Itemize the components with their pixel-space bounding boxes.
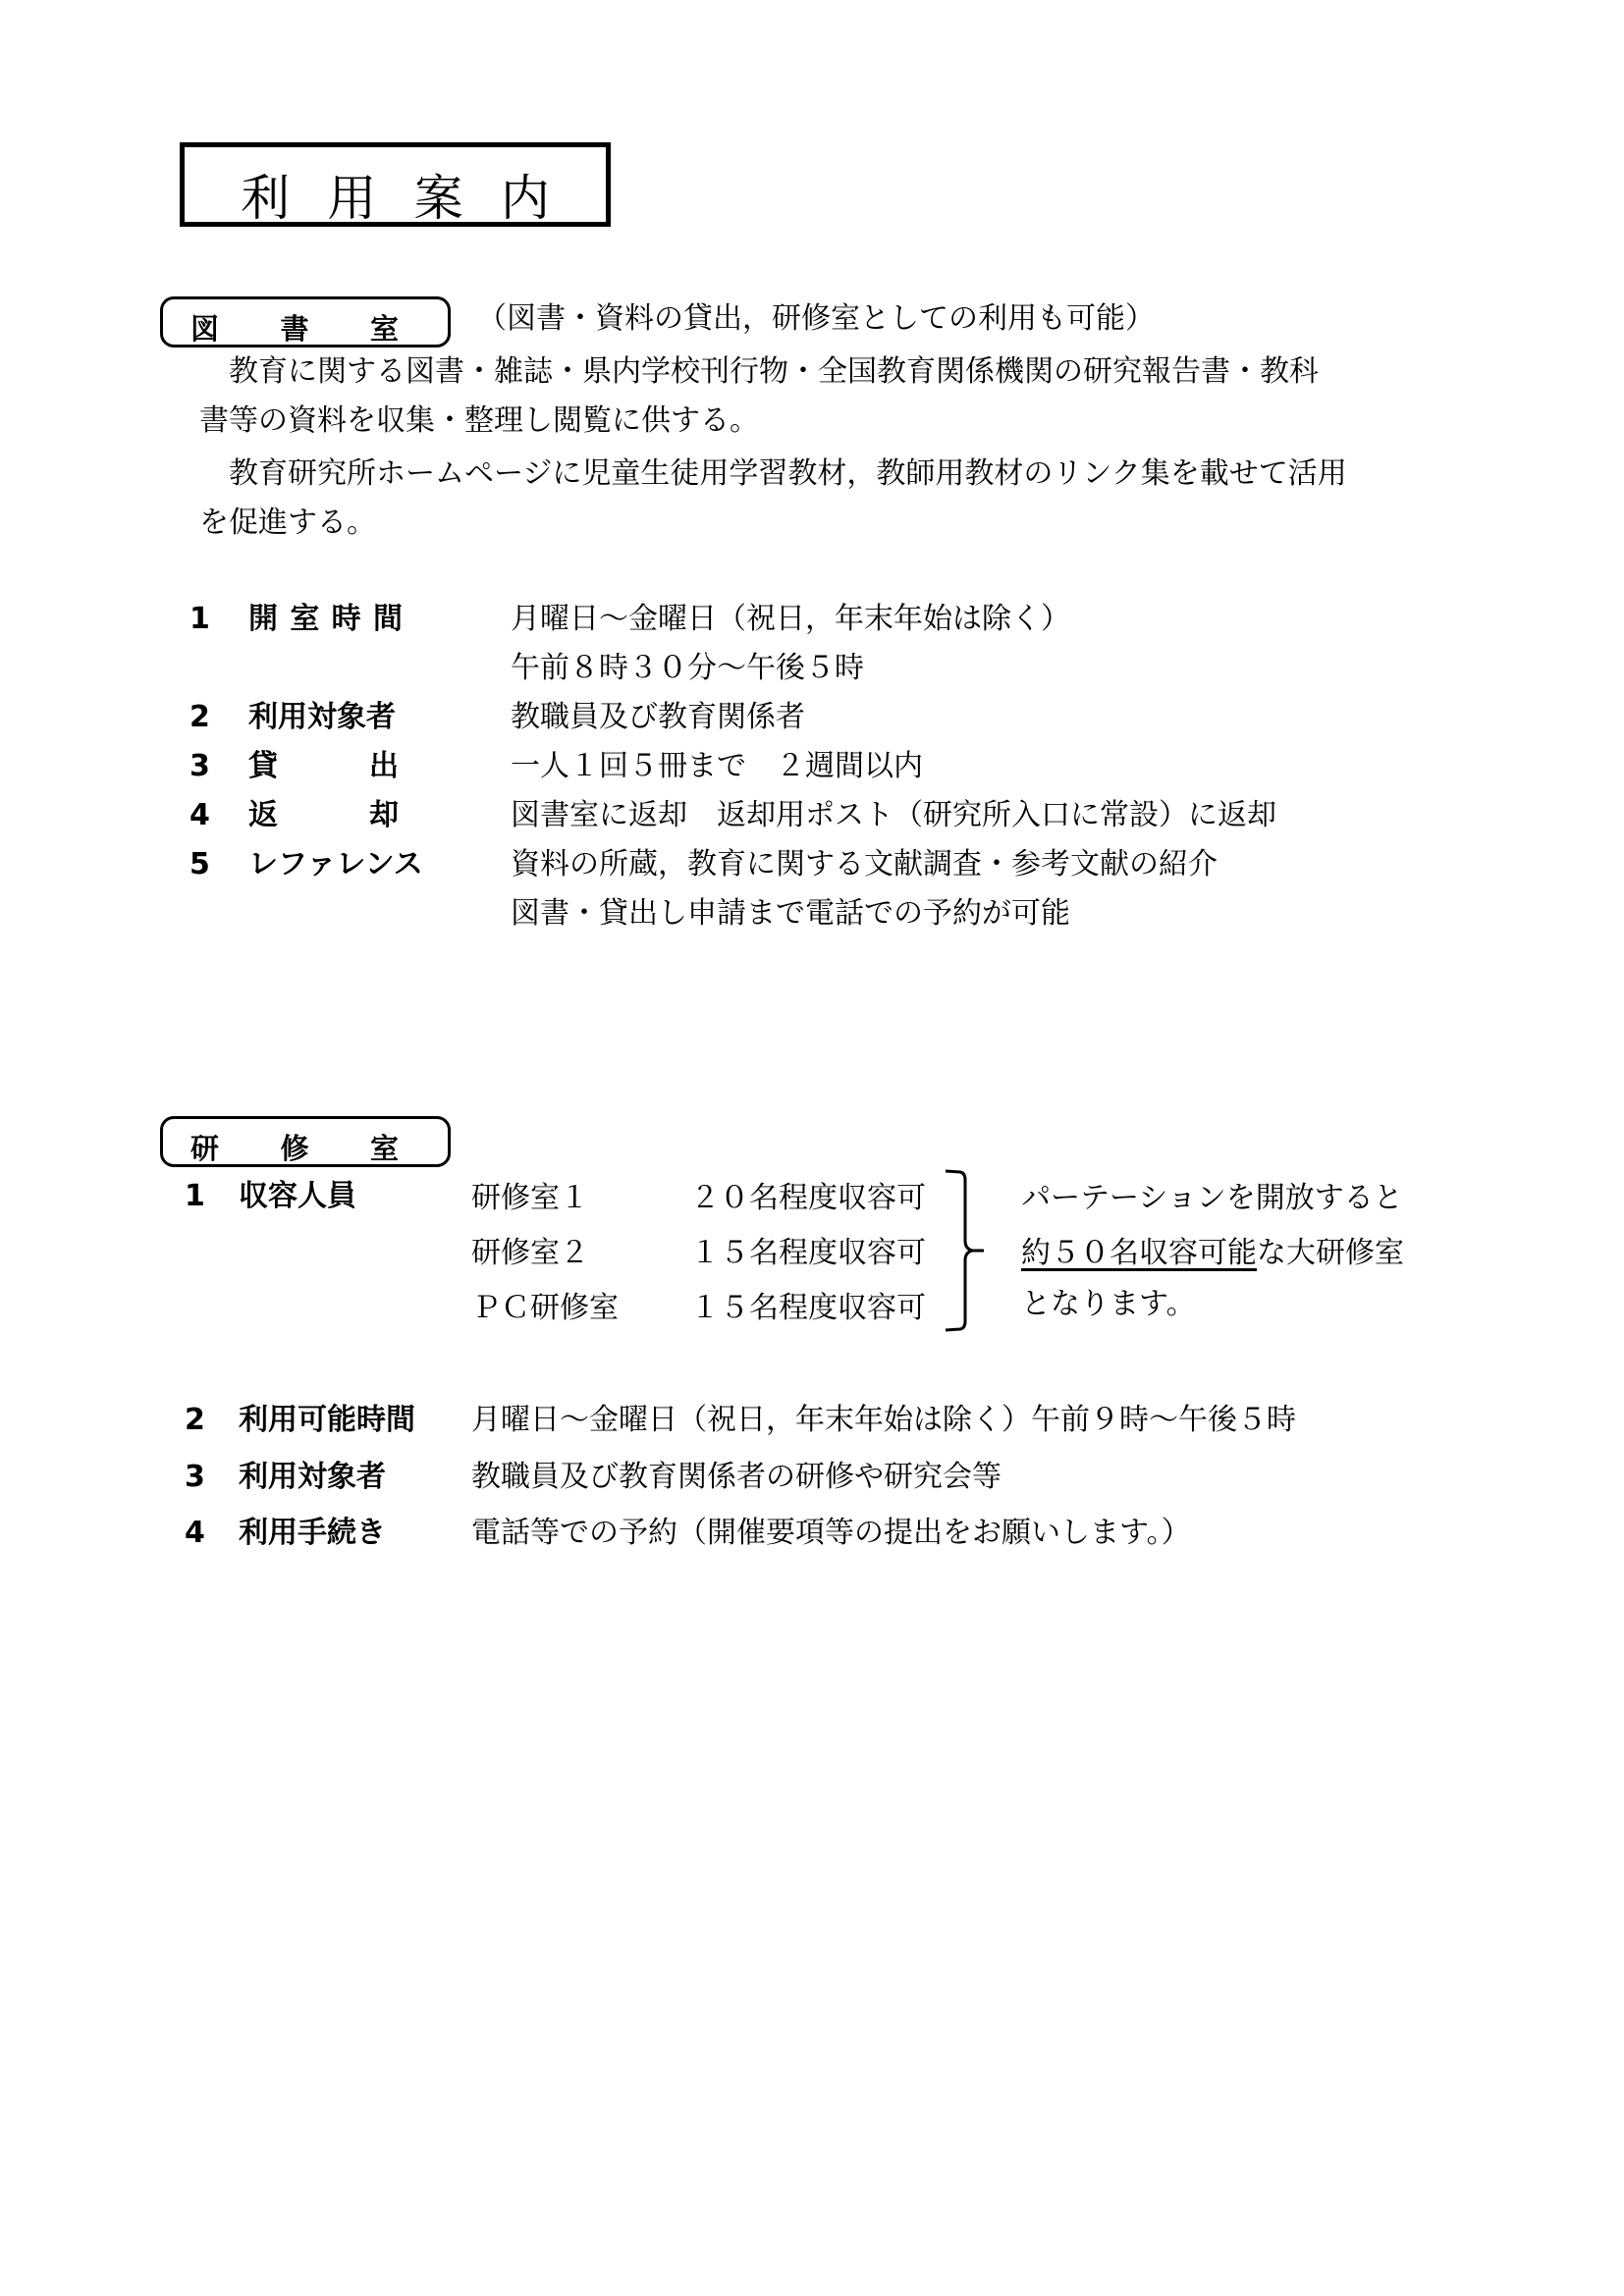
library-item-number: 3 (189, 752, 210, 781)
library-heading-char: 書 (280, 307, 308, 347)
capacity-note-line: となります。 (1021, 1290, 1196, 1319)
training-heading: 研 修 室 (190, 1127, 399, 1167)
library-heading: 図 書 室 (190, 307, 399, 347)
training-item-label-capacity: 収容人員 (239, 1182, 356, 1211)
library-item-number: 5 (189, 850, 210, 880)
training-heading-char: 修 (280, 1127, 308, 1167)
library-item-value: 図書室に返却 返却用ポスト（研究所入口に常設）に返却 (511, 801, 1276, 830)
page-title: 利 用 案 内 (185, 159, 606, 230)
page-title-char: 内 (501, 159, 550, 230)
page-title-char: 案 (414, 159, 463, 230)
label-char: 時 (332, 605, 361, 634)
library-item-value: 午前８時３０分～午後５時 (511, 654, 864, 683)
training-item-value: 教職員及び教育関係者の研修や研究会等 (471, 1463, 1001, 1492)
label-char: 返 (248, 801, 278, 830)
training-item-number: 1 (185, 1182, 205, 1211)
library-item-label-lending: 貸 出 (248, 752, 399, 781)
room-name: 研修室１ (471, 1184, 589, 1213)
library-paragraph-line: を促進する。 (199, 508, 376, 538)
label-char: 室 (290, 605, 319, 634)
label-char: 間 (373, 605, 403, 634)
library-item-value: 教職員及び教育関係者 (511, 703, 805, 732)
page-title-box: 利 用 案 内 (180, 142, 611, 227)
library-item-value: 資料の所蔵，教育に関する文献調査・参考文献の紹介 (511, 850, 1218, 880)
library-item-label-reference: レファレンス (248, 850, 423, 880)
library-item-number: 4 (189, 801, 210, 830)
library-paragraph-line: 書等の資料を収集・整理し閲覧に供する。 (199, 406, 759, 436)
right-brace-icon (943, 1168, 992, 1333)
capacity-note-line: パーテーションを開放すると (1021, 1184, 1403, 1213)
label-char: 出 (369, 752, 399, 781)
library-item-value: 月曜日～金曜日（祝日，年末年始は除く） (511, 605, 1070, 634)
page-title-char: 利 (241, 159, 290, 230)
library-item-label-eligible-users: 利用対象者 (248, 703, 396, 732)
label-char: 却 (369, 801, 399, 830)
capacity-note-rest: な大研修室 (1257, 1236, 1404, 1270)
training-item-label-eligible-users: 利用対象者 (239, 1463, 386, 1492)
training-item-label-procedure: 利用手続き (239, 1519, 386, 1548)
library-paragraph-line: 教育に関する図書・雑誌・県内学校刊行物・全国教育関係機関の研究報告書・教科 (199, 357, 1319, 387)
room-capacity: １５名程度収容可 (690, 1239, 926, 1268)
room-name: ＰＣ研修室 (471, 1294, 619, 1323)
capacity-note-emphasis: 約５０名収容可能 (1021, 1236, 1257, 1270)
library-heading-char: 図 (190, 307, 219, 347)
library-paragraph-line: 教育研究所ホームページに児童生徒用学習教材，教師用教材のリンク集を載せて活用 (199, 459, 1347, 489)
library-item-number: 1 (189, 605, 210, 634)
room-capacity: ２０名程度収容可 (690, 1184, 926, 1213)
label-char: 貸 (248, 752, 278, 781)
room-name: 研修室２ (471, 1239, 589, 1268)
library-heading-box: 図 書 室 (160, 296, 451, 347)
training-item-number: 3 (185, 1463, 205, 1492)
capacity-note-line: 約５０名収容可能な大研修室 (1021, 1239, 1404, 1268)
page-title-char: 用 (327, 159, 376, 230)
training-item-number: 4 (185, 1519, 205, 1548)
label-char: 開 (248, 605, 278, 634)
training-item-value: 電話等での予約（開催要項等の提出をお願いします。） (471, 1519, 1191, 1548)
room-capacity: １５名程度収容可 (690, 1294, 926, 1323)
library-item-label-opening-hours: 開 室 時 間 (248, 605, 403, 634)
library-item-label-return: 返 却 (248, 801, 399, 830)
training-heading-char: 室 (370, 1127, 399, 1167)
library-item-number: 2 (189, 703, 210, 732)
library-heading-char: 室 (370, 307, 399, 347)
training-item-number: 2 (185, 1406, 205, 1435)
training-heading-char: 研 (190, 1127, 219, 1167)
training-item-value: 月曜日～金曜日（祝日，年末年始は除く）午前９時～午後５時 (471, 1406, 1296, 1435)
training-heading-box: 研 修 室 (160, 1116, 451, 1167)
training-item-label-hours: 利用可能時間 (239, 1406, 415, 1435)
library-item-value: 一人１回５冊まで ２週間以内 (511, 752, 923, 781)
library-note: （図書・資料の貸出，研修室としての利用も可能） (477, 304, 1155, 334)
library-item-value: 図書・貸出し申請まで電話での予約が可能 (511, 899, 1070, 929)
